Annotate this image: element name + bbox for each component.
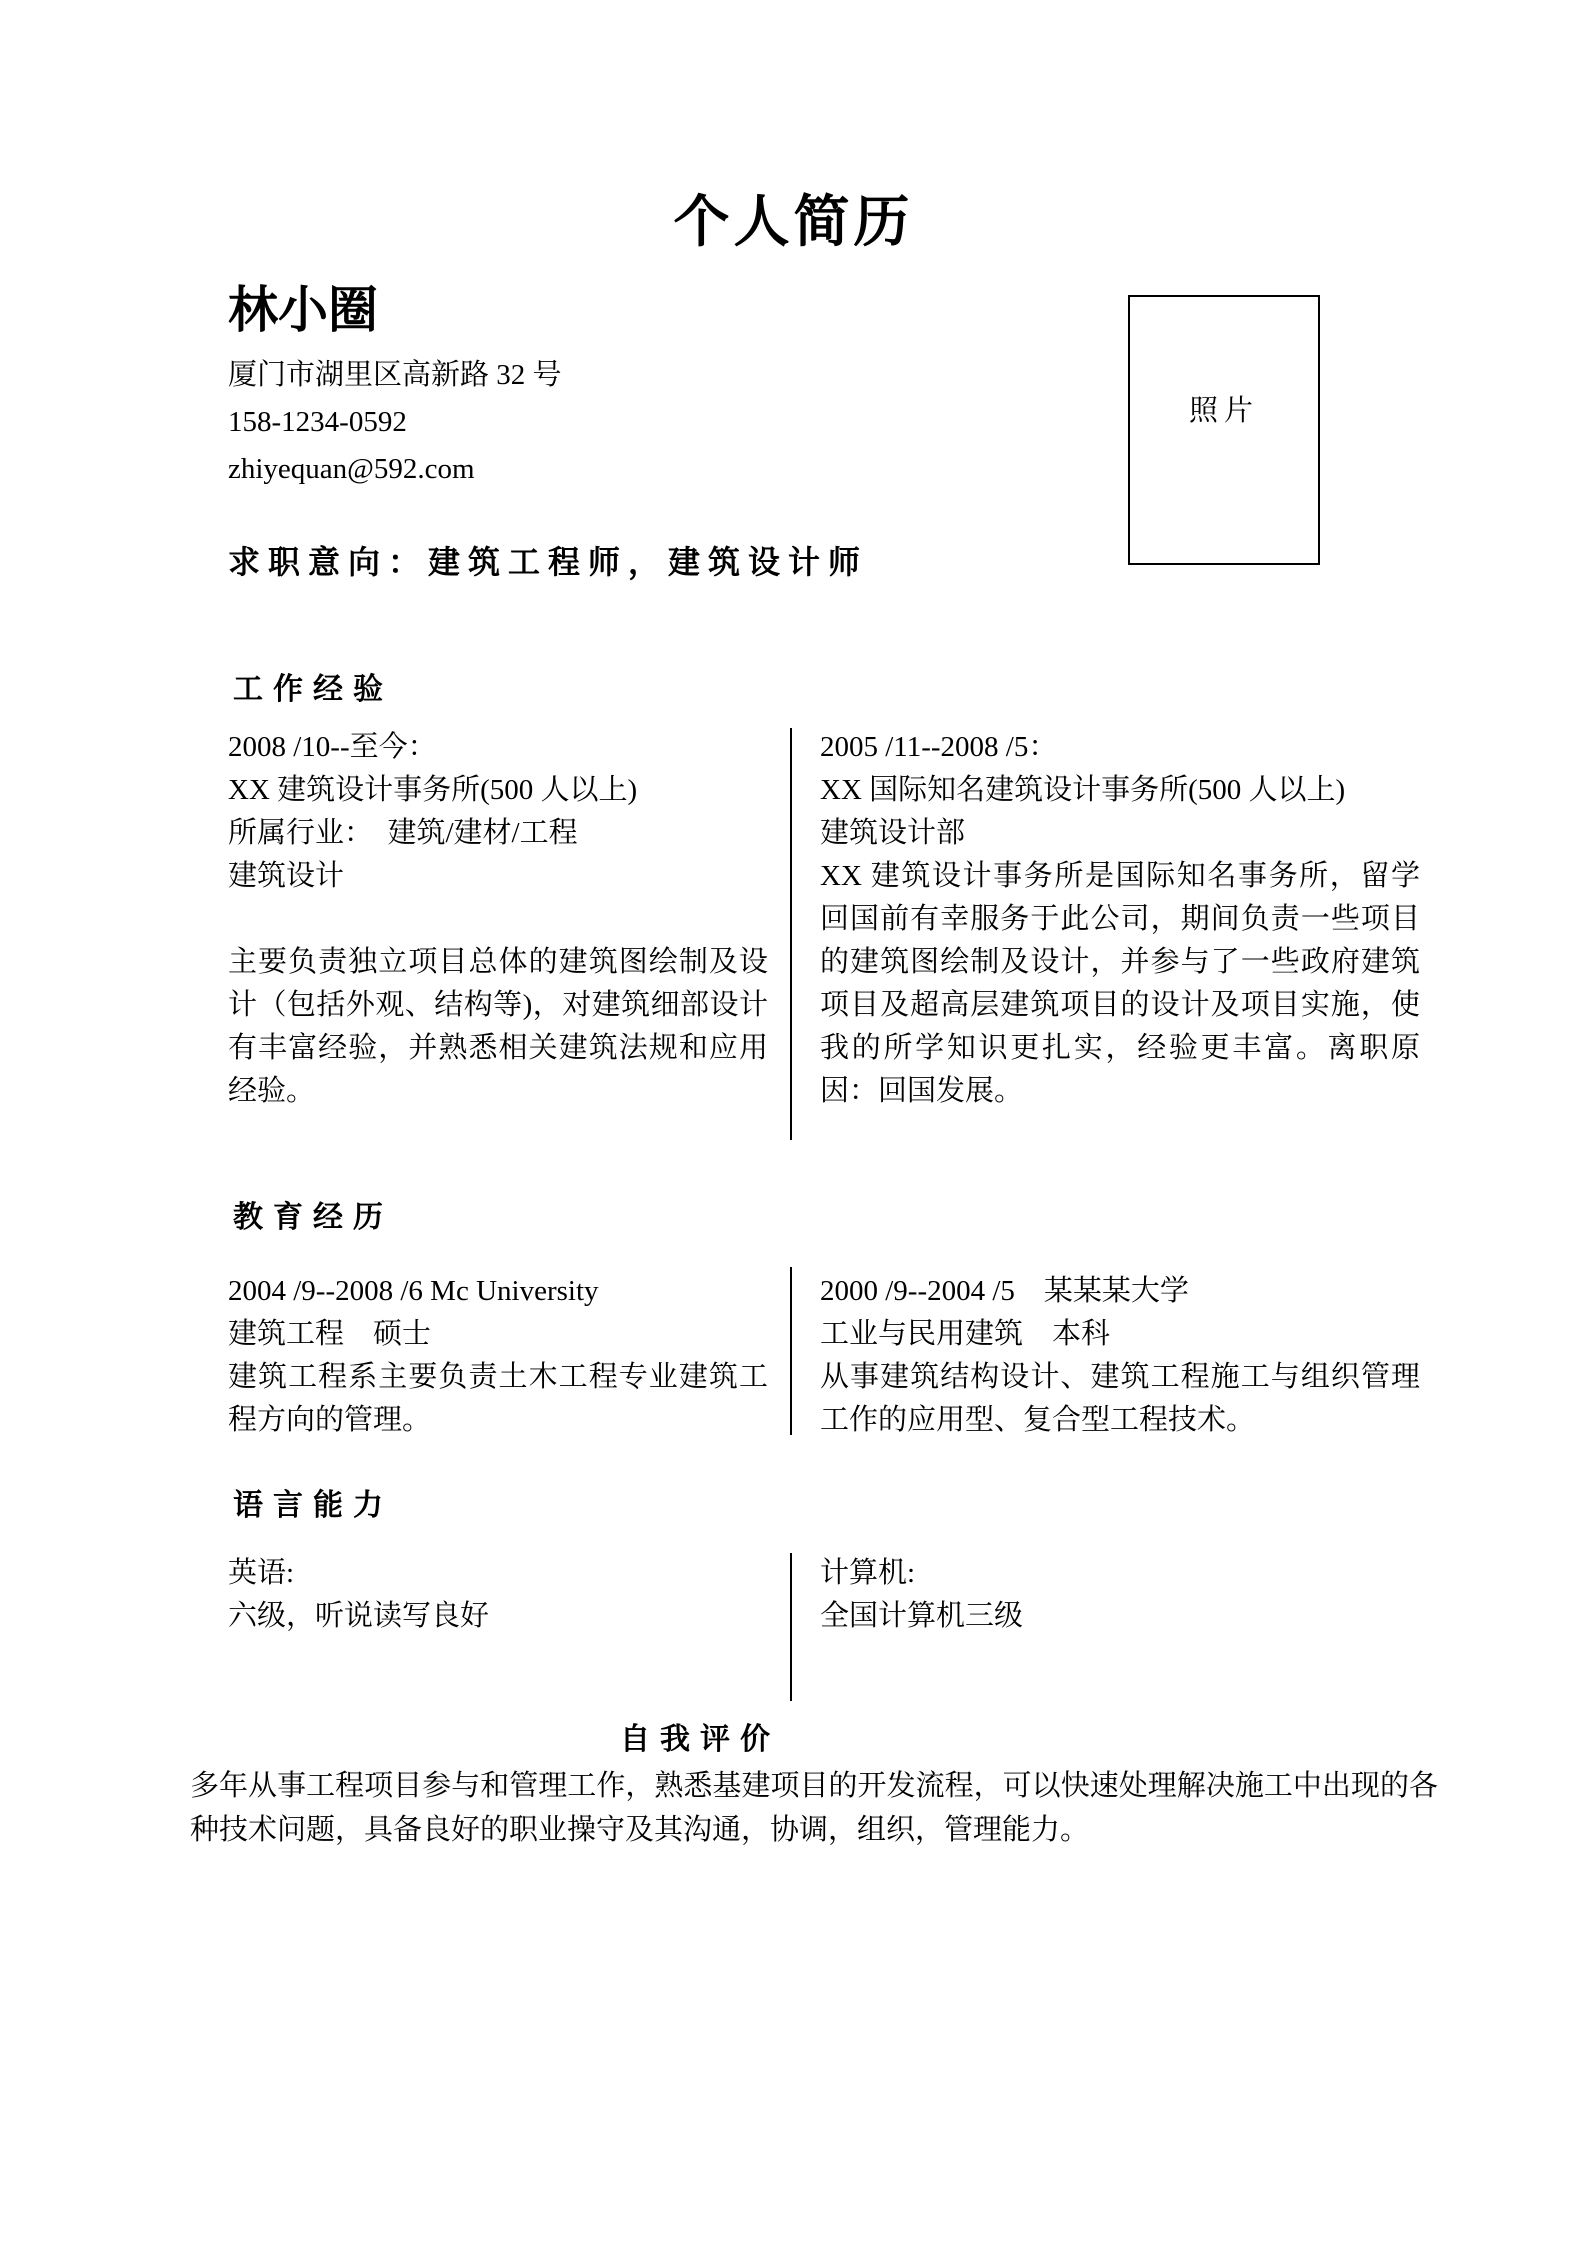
work-right-department: 建筑设计部 bbox=[820, 812, 1420, 855]
education-right-description: 从事建筑结构设计、建筑工程施工与组织管理工作的应用型、复合型工程技术。 bbox=[820, 1356, 1420, 1442]
computer-skill-detail: 全国计算机三级 bbox=[820, 1595, 1420, 1638]
candidate-name: 林小圈 bbox=[228, 283, 378, 338]
contact-block: 厦门市湖里区高新路 32 号 158-1234-0592 zhiyequan@5… bbox=[228, 352, 562, 493]
contact-address: 厦门市湖里区高新路 32 号 bbox=[228, 352, 562, 399]
work-right-company: XX 国际知名建筑设计事务所(500 人以上) bbox=[820, 769, 1420, 812]
resume-page: 个人简历 林小圈 厦门市湖里区高新路 32 号 158-1234-0592 zh… bbox=[0, 0, 1587, 2245]
selfeval-section-heading: 自我评价 bbox=[620, 1722, 780, 1758]
language-left-label: 英语: bbox=[228, 1552, 768, 1595]
work-right-description: XX 建筑设计事务所是国际知名事务所，留学回国前有幸服务于此公司，期间负责一些项… bbox=[820, 855, 1420, 1113]
page-title: 个人简历 bbox=[0, 190, 1587, 257]
language-column-divider bbox=[790, 1553, 792, 1701]
language-left-detail: 六级，听说读写良好 bbox=[228, 1595, 768, 1638]
computer-skill-label: 计算机: bbox=[820, 1552, 1420, 1595]
spacer bbox=[228, 898, 768, 941]
education-left-major: 建筑工程 硕士 bbox=[228, 1313, 768, 1356]
photo-placeholder-label: 照片 bbox=[1189, 388, 1259, 429]
job-objective: 求职意向：建筑工程师，建筑设计师 bbox=[228, 540, 868, 585]
education-right-major: 工业与民用建筑 本科 bbox=[820, 1313, 1420, 1356]
work-left-company: XX 建筑设计事务所(500 人以上) bbox=[228, 769, 768, 812]
work-left-column: 2008 /10--至今： XX 建筑设计事务所(500 人以上) 所属行业： … bbox=[228, 726, 768, 1113]
work-left-industry: 所属行业： 建筑/建材/工程 bbox=[228, 812, 768, 855]
work-column-divider bbox=[790, 728, 792, 1140]
education-section-heading: 教育经历 bbox=[233, 1200, 393, 1236]
photo-placeholder-box: 照片 bbox=[1128, 295, 1320, 565]
language-right-column: 计算机: 全国计算机三级 bbox=[820, 1552, 1420, 1638]
education-right-period: 2000 /9--2004 /5 某某某大学 bbox=[820, 1270, 1420, 1313]
education-left-column: 2004 /9--2008 /6 Mc University 建筑工程 硕士 建… bbox=[228, 1270, 768, 1442]
education-right-column: 2000 /9--2004 /5 某某某大学 工业与民用建筑 本科 从事建筑结构… bbox=[820, 1270, 1420, 1442]
work-left-period: 2008 /10--至今： bbox=[228, 726, 768, 769]
job-objective-label: 求职意向： bbox=[228, 544, 428, 580]
selfeval-heading-wrap: 自我评价 bbox=[0, 1722, 1400, 1758]
education-left-description: 建筑工程系主要负责土木工程专业建筑工程方向的管理。 bbox=[228, 1356, 768, 1442]
language-section-heading: 语言能力 bbox=[233, 1488, 393, 1524]
education-column-divider bbox=[790, 1267, 792, 1435]
contact-email: zhiyequan@592.com bbox=[228, 446, 562, 493]
selfeval-description: 多年从事工程项目参与和管理工作，熟悉基建项目的开发流程，可以快速处理解决施工中出… bbox=[190, 1764, 1438, 1852]
work-left-description: 主要负责独立项目总体的建筑图绘制及设计（包括外观、结构等)，对建筑细部设计有丰富… bbox=[228, 941, 768, 1113]
language-left-column: 英语: 六级，听说读写良好 bbox=[228, 1552, 768, 1638]
job-objective-value: 建筑工程师，建筑设计师 bbox=[428, 544, 868, 580]
contact-phone: 158-1234-0592 bbox=[228, 399, 562, 446]
work-right-period: 2005 /11--2008 /5： bbox=[820, 726, 1420, 769]
work-right-column: 2005 /11--2008 /5： XX 国际知名建筑设计事务所(500 人以… bbox=[820, 726, 1420, 1113]
work-left-role: 建筑设计 bbox=[228, 855, 768, 898]
work-section-heading: 工作经验 bbox=[233, 672, 393, 708]
education-left-period: 2004 /9--2008 /6 Mc University bbox=[228, 1270, 768, 1313]
